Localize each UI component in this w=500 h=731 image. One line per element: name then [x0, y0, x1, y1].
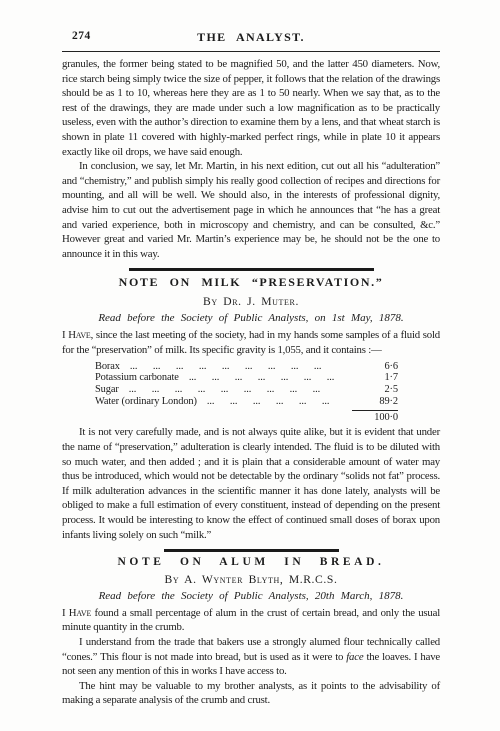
- milk-article-title: NOTE ON MILK “PRESERVATION.”: [62, 275, 440, 290]
- conclusion-paragraph: In conclusion, we say, let Mr. Martin, i…: [62, 159, 440, 261]
- row-value: 2·5: [358, 384, 398, 396]
- row-label: Borax: [95, 361, 120, 373]
- composition-table: Borax ... ... ... ... ... ... ... ... ..…: [95, 361, 398, 424]
- italic-word: face: [346, 651, 363, 663]
- page-content: 274 THE ANALYST. granules, the former be…: [62, 30, 440, 708]
- alum-cones-paragraph: I understand from the trade that bakers …: [62, 635, 440, 679]
- dot-leader: ... ... ... ... ... ... ...: [179, 372, 358, 384]
- row-value: 6·6: [358, 361, 398, 373]
- alum-author-byline: By A. Wynter Blyth, M.R.C.S.: [62, 573, 440, 586]
- journal-title: THE ANALYST.: [62, 30, 440, 45]
- section-divider: [164, 549, 339, 552]
- milk-intro-text: , since the last meeting of the society,…: [62, 329, 440, 356]
- alum-hint-paragraph: The hint may be valuable to my brother a…: [62, 679, 440, 708]
- drop-words: I Have: [62, 607, 91, 619]
- alum-read-before-line: Read before the Society of Public Analys…: [62, 590, 440, 602]
- milk-intro-paragraph: I Have, since the last meeting of the so…: [62, 328, 440, 357]
- table-row: Borax ... ... ... ... ... ... ... ... ..…: [95, 361, 398, 373]
- section-divider: [129, 268, 374, 271]
- row-label: Potassium carbonate: [95, 372, 179, 384]
- drop-words: I Have: [62, 329, 91, 341]
- continuation-paragraph: granules, the former being stated to be …: [62, 57, 440, 159]
- page-header: 274 THE ANALYST.: [62, 30, 440, 46]
- milk-author-byline: By Dr. J. Muter.: [62, 295, 440, 308]
- row-label: Sugar: [95, 384, 119, 396]
- alum-intro-paragraph: I Have found a small percentage of alum …: [62, 606, 440, 635]
- table-row: Potassium carbonate ... ... ... ... ... …: [95, 372, 398, 384]
- total-value: 100·0: [352, 410, 398, 424]
- alum-intro-text: found a small percentage of alum in the …: [62, 607, 440, 634]
- table-row: Sugar ... ... ... ... ... ... ... ... ..…: [95, 384, 398, 396]
- alum-article-title: NOTE ON ALUM IN BREAD.: [62, 556, 440, 568]
- row-label: Water (ordinary London): [95, 396, 197, 408]
- milk-discussion-paragraph: It is not very carefully made, and is no…: [62, 425, 440, 542]
- table-total-row: 100·0: [95, 410, 398, 424]
- dot-leader: ... ... ... ... ... ... ... ... ...: [119, 384, 358, 396]
- table-row: Water (ordinary London) ... ... ... ... …: [95, 396, 398, 408]
- header-rule: [62, 51, 440, 52]
- milk-read-before-line: Read before the Society of Public Analys…: [62, 312, 440, 324]
- row-value: 1·7: [358, 372, 398, 384]
- journal-page: 274 THE ANALYST. granules, the former be…: [0, 0, 500, 731]
- dot-leader: ... ... ... ... ... ... ... ... ...: [120, 361, 358, 373]
- dot-leader: ... ... ... ... ... ...: [197, 396, 358, 408]
- row-value: 89·2: [358, 396, 398, 408]
